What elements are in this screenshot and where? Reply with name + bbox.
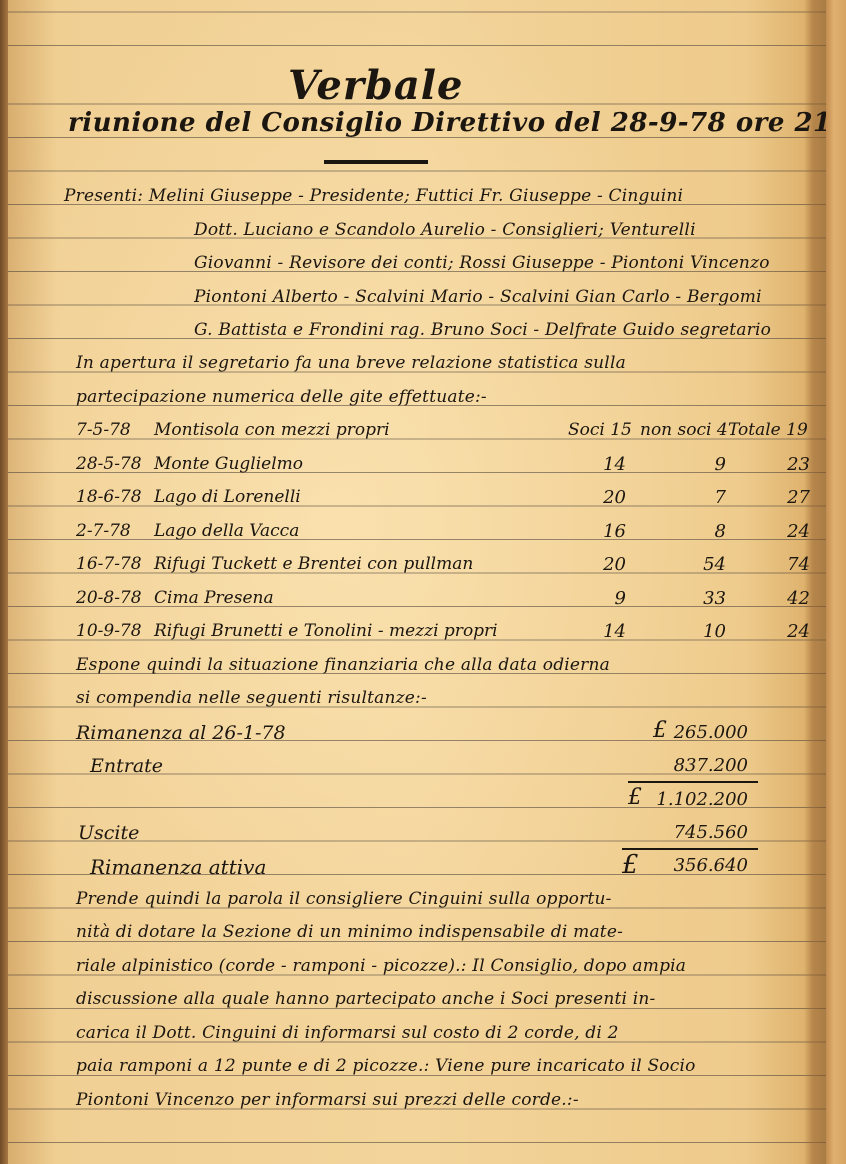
uscite-value: 745.560 (668, 822, 748, 843)
finance-intro-line: si compendia nelle seguenti risultanze:- (76, 688, 427, 708)
finance-intro-line: Espone quindi la situazione finanziaria … (76, 655, 610, 675)
attendees-line: Presenti: Melini Giuseppe - Presidente; … (64, 186, 683, 206)
closing-line: Prende quindi la parola il consigliere C… (76, 889, 612, 909)
trip-non-soci: 54 (686, 554, 726, 575)
trip-date: 10-9-78 (76, 621, 142, 641)
trip-date: 28-5-78 (76, 454, 142, 474)
trip-place: Cima Presena (154, 588, 274, 608)
rimanenza-value: 265.000 (668, 722, 748, 743)
trip-totale: 42 (770, 588, 810, 609)
closing-line: discussione alla quale hanno partecipato… (76, 989, 655, 1009)
closing-line: riale alpinistico (corde - ramponi - pic… (76, 956, 686, 976)
trip-date: 2-7-78 (76, 521, 131, 541)
trip-soci: 14 (586, 621, 626, 642)
trip-place: Lago della Vacca (154, 521, 299, 541)
closing-line: paia ramponi a 12 punte e di 2 picozze.:… (76, 1056, 696, 1076)
rimanenza-attiva-value: 356.640 (668, 855, 748, 876)
trip-soci: 16 (586, 521, 626, 542)
trip-place: Lago di Lorenelli (154, 487, 301, 507)
attendees-line: G. Battista e Frondini rag. Bruno Soci -… (194, 320, 771, 340)
trip-totale: 23 (770, 454, 810, 475)
attendees-line: Dott. Luciano e Scandolo Aurelio - Consi… (194, 220, 696, 240)
notebook-page: Verbale riunione del Consiglio Direttivo… (8, 0, 826, 1164)
trip-totale: 24 (770, 621, 810, 642)
page-gutter-shadow (804, 0, 826, 1164)
closing-line: nità di dotare la Sezione di un minimo i… (76, 922, 623, 942)
trip-place: Rifugi Tuckett e Brentei con pullman (154, 554, 473, 574)
trip-non-soci: 7 (686, 487, 726, 508)
trip-non-soci: 8 (686, 521, 726, 542)
attendees-line: Giovanni - Revisore dei conti; Rossi Giu… (194, 253, 770, 273)
notebook-binding-edge (0, 0, 8, 1164)
trip-non-soci: 9 (686, 454, 726, 475)
closing-line: carica il Dott. Cinguini di informarsi s… (76, 1023, 619, 1043)
trip-place: Montisola con mezzi propri (154, 420, 390, 440)
attendees-line: Piontoni Alberto - Scalvini Mario - Scal… (194, 287, 762, 307)
rimanenza-attiva-label: Rimanenza attiva (90, 855, 266, 879)
trip-non-soci: 33 (686, 588, 726, 609)
trip-soci-header: Soci 15 (568, 420, 632, 440)
title-underline (324, 160, 428, 164)
closing-line: Piontoni Vincenzo per informarsi sui pre… (76, 1090, 579, 1110)
trip-soci: 9 (586, 588, 626, 609)
trip-soci: 14 (586, 454, 626, 475)
trip-date: 20-8-78 (76, 588, 142, 608)
trip-totale: 27 (770, 487, 810, 508)
trip-totale-header: Totale 19 (728, 420, 808, 440)
trip-date: 16-7-78 (76, 554, 142, 574)
intro-line: partecipazione numerica delle gite effet… (76, 387, 487, 407)
trip-non-soci-header: non soci 4 (640, 420, 728, 440)
rimanenza-label: Rimanenza al 26-1-78 (76, 722, 286, 744)
trip-non-soci: 10 (686, 621, 726, 642)
trip-soci: 20 (586, 554, 626, 575)
document-title: Verbale (288, 62, 463, 109)
lira-sign-icon: £ (653, 718, 667, 743)
entrate-label: Entrate (90, 755, 163, 777)
trip-place: Monte Guglielmo (154, 454, 303, 474)
lira-sign-icon: £ (628, 785, 642, 810)
sum-rule (628, 781, 758, 783)
trip-totale: 24 (770, 521, 810, 542)
lira-sign-icon: £ (622, 850, 639, 880)
document-subtitle: riunione del Consiglio Direttivo del 28-… (68, 108, 826, 138)
trip-date: 7-5-78 (76, 420, 131, 440)
uscite-label: Uscite (78, 822, 139, 844)
trip-soci: 20 (586, 487, 626, 508)
sum-rule (622, 848, 758, 850)
notebook-outer-edge (826, 0, 846, 1164)
intro-line: In apertura il segretario fa una breve r… (76, 353, 626, 373)
trip-totale: 74 (770, 554, 810, 575)
entrate-value: 837.200 (668, 755, 748, 776)
trip-date: 18-6-78 (76, 487, 142, 507)
subtotal-value: 1.102.200 (648, 789, 748, 810)
trip-place: Rifugi Brunetti e Tonolini - mezzi propr… (154, 621, 498, 641)
